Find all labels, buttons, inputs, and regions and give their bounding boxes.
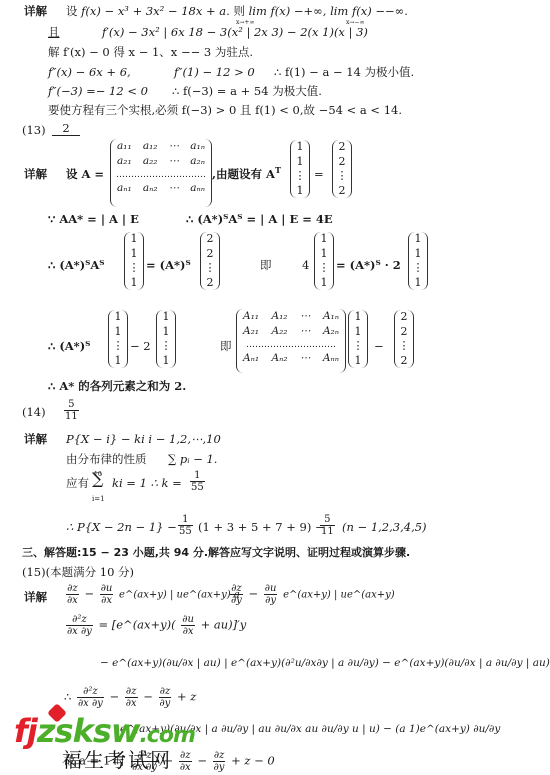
cell: A₁₂ [271, 309, 287, 324]
vector-ones: 11⋮1 [156, 310, 176, 368]
d: ∂x [179, 761, 192, 773]
v: 1 [315, 232, 333, 247]
q13-set-a: 设 A = [66, 167, 104, 181]
d: ∂x [181, 625, 195, 637]
v: ⋮ [349, 339, 367, 354]
eq: = [314, 167, 324, 181]
rest: e^(ax+y) | ue^(ax+y) [283, 590, 395, 601]
q14-answer: 511 [62, 399, 81, 422]
v: 1 [409, 232, 427, 247]
numerator: 5 [320, 514, 335, 525]
denominator: 11 [64, 410, 79, 422]
q12-line2: f′(x) − 3x² | 6x 18 − 3(x² | 2x 3) − 2(x… [102, 25, 368, 39]
q13-line3b: = (A*)ᵀ [146, 258, 191, 272]
q15-eq2: ∂z∂y − ∂u∂y e^(ax+y) | ue^(ax+y) [228, 583, 395, 606]
section-heading: 三、解答题:15 − 23 小题,共 94 分.解答应写文字说明、证明过程或演算… [22, 546, 410, 560]
q13-conclusion: ∴ A* 的各列元素之和为 2. [48, 379, 186, 393]
vector-twos: 22⋮2 [394, 310, 414, 368]
q12-line6: 要使方程有三个实根,必须 f(−3) > 0 且 f(1) < 0,故 −54 … [48, 103, 402, 117]
d: ∂x [66, 594, 79, 606]
therefore: ∴ [64, 690, 71, 704]
n: ∂z [66, 583, 79, 594]
q12-line5b: ∴ f(−3) = a + 54 为极大值. [172, 84, 322, 98]
q13-line3a: ∴ (A*)ᵀAᵀ [48, 258, 105, 272]
v: 1 [315, 276, 333, 291]
d: ∂x [100, 594, 114, 606]
text: 设 [66, 4, 78, 18]
n: ∂z [179, 750, 192, 761]
d: ∂x [125, 697, 138, 709]
watermark-cn: 福生考试网 [62, 744, 172, 773]
cell: Aₙ₂ [271, 351, 287, 366]
v: 1 [109, 310, 127, 325]
matrix-adjugate: A₁₁A₁₂⋯A₁ₙ A₂₁A₂₂⋯A₂ₙ ………………………… Aₙ₁Aₙ₂⋯… [236, 309, 346, 373]
cell: aₙ₂ [143, 181, 158, 196]
q13-line4c: 即 [220, 339, 232, 353]
detail-label: 详解 [24, 4, 47, 18]
tail: + au)]′y [201, 618, 247, 632]
q12-line4c: ∴ f(1) − a − 14 为极小值. [274, 65, 414, 79]
v: ⋮ [333, 169, 351, 184]
text: ,由题设有 A [212, 167, 275, 181]
d: ∂y [159, 697, 172, 709]
n: ∂z [213, 750, 226, 761]
d: ∂x ∂y [77, 697, 104, 709]
q12-line2-label: 且 [48, 25, 60, 39]
v: 1 [109, 354, 127, 369]
detail-label: 详解 [24, 167, 47, 181]
v: 1 [291, 184, 309, 199]
n: ∂u [100, 583, 114, 594]
q13-answer-blank: 2 [52, 121, 80, 136]
v: 2 [333, 140, 351, 155]
v: 2 [333, 155, 351, 170]
v: 2 [395, 325, 413, 340]
vector-ones: 11⋮1 [108, 310, 128, 368]
cell: ⋯ [300, 309, 311, 324]
v: 1 [291, 155, 309, 170]
cell: a₂₁ [117, 154, 132, 169]
v: ⋮ [409, 261, 427, 276]
cell: A₂ₙ [323, 324, 339, 339]
n: ∂²z [77, 686, 104, 697]
n: ∂u [181, 614, 195, 625]
cell: ⋯ [169, 181, 180, 196]
v: ⋮ [315, 261, 333, 276]
q14-line2b: ∑ pᵢ − 1. [168, 452, 217, 466]
q13-line4a: ∴ (A*)ᵀ [48, 339, 90, 353]
q12-line3: 解 f′(x) − 0 得 x − 1、x −− 3 为驻点. [48, 45, 253, 59]
q13-line4b: − 2 [130, 339, 151, 353]
rest: + z − 0 [231, 754, 275, 768]
detail-label: 详解 [24, 432, 47, 446]
q15-eq5: ∴ ∂²z∂x ∂y − ∂z∂x − ∂z∂y + z [64, 686, 196, 709]
cell: Aₙ₁ [243, 351, 259, 366]
rest: e^(ax+y) | ue^(ax+y) a [119, 590, 240, 601]
v: 2 [333, 184, 351, 199]
q14-line1: P{X − i} − ki i − 1,2,⋯,10 [66, 432, 221, 446]
vector-twos: 22⋮2 [200, 232, 220, 290]
rest: = [e^(ax+y)( [98, 618, 175, 632]
rest: + z [177, 690, 196, 704]
q14-number: (14) [22, 405, 46, 419]
q13-given: ,由题设有 AT [212, 167, 281, 181]
v: ⋮ [157, 339, 175, 354]
n: ∂²z [66, 614, 93, 625]
q13-line3e: = (A*)ᵀ · 2 [336, 258, 401, 272]
d: ∂y [230, 594, 243, 606]
sum-sign: ∑ [92, 472, 103, 486]
v: ⋮ [395, 339, 413, 354]
vector-ones: 11⋮1 [124, 232, 144, 290]
numerator: 5 [64, 399, 79, 410]
cell: ⋯ [169, 139, 180, 154]
formula: lim f(x) −+∞, [249, 4, 327, 18]
cell: a₁ₙ [190, 139, 205, 154]
v: 1 [409, 247, 427, 262]
matrix-a: a₁₁a₁₂⋯a₁ₙ a₂₁a₂₂⋯a₂ₙ ………………………… aₙ₁aₙ₂⋯… [110, 139, 212, 207]
detail-label: 详解 [24, 590, 47, 604]
q13-because: ∵ AA* = | A | E [48, 212, 139, 226]
q12-line5a: f″(−3) =− 12 < 0 [48, 84, 148, 98]
cell: ⋯ [300, 324, 311, 339]
v: 1 [125, 276, 143, 291]
v: ⋮ [291, 169, 309, 184]
v: 1 [157, 325, 175, 340]
wm-red: fj [14, 712, 37, 750]
cell: Aₙₙ [323, 351, 339, 366]
formula: lim f(x) −−∞. [330, 4, 408, 18]
cell: A₂₁ [243, 324, 259, 339]
q15-eq1: ∂z∂x − ∂u∂x e^(ax+y) | ue^(ax+y) a [64, 583, 240, 606]
q13-number: (13) [22, 123, 46, 137]
q13-therefore1: ∴ (A*)ᵀAᵀ = | A | E = 4E [186, 212, 333, 226]
v: 1 [109, 325, 127, 340]
formula: f(x) − x³ + 3x² − 18x + a. [81, 4, 230, 18]
cell: a₂ₙ [190, 154, 205, 169]
sup: T [275, 165, 281, 175]
v: 1 [125, 247, 143, 262]
vector-ones: 11⋮1 [290, 140, 310, 198]
v: ⋮ [109, 339, 127, 354]
cell: a₂₂ [143, 154, 158, 169]
v: 1 [315, 247, 333, 262]
v: 1 [349, 325, 367, 340]
q15-title: (15)(本题满分 10 分) [22, 565, 134, 579]
v: 2 [201, 247, 219, 262]
q12-line4b: f″(1) − 12 > 0 [174, 65, 255, 79]
v: 1 [349, 310, 367, 325]
q14-line3a: 应有 [66, 476, 89, 490]
q14-line4-frac1: 155 [176, 514, 195, 537]
q14-line4a: ∴ P{X − 2n − 1} − [66, 520, 177, 534]
n: ∂u [264, 583, 278, 594]
vector-twos: 22⋮2 [332, 140, 352, 198]
dots: ………………………… [111, 169, 211, 181]
q12-line4a: f″(x) − 6x + 6, [48, 65, 131, 79]
d: ∂y [264, 594, 278, 606]
v: 1 [157, 354, 175, 369]
q15-eq3: ∂²z∂x ∂y = [e^(ax+y)( ∂u∂x + au)]′y [64, 614, 246, 637]
numerator: 1 [190, 470, 205, 481]
n: ∂z [230, 583, 243, 594]
q13-line4d: − [374, 339, 384, 353]
cell: ⋯ [169, 154, 180, 169]
q14-line4b: (1 + 3 + 5 + 7 + 9) − [198, 520, 325, 534]
v: 1 [125, 232, 143, 247]
cell: aₙₙ [190, 181, 205, 196]
sum-bottom: i=1 [92, 492, 105, 506]
v: 2 [201, 232, 219, 247]
cell: a₁₁ [117, 139, 132, 154]
v: 1 [349, 354, 367, 369]
q14-line3b: ki = 1 ∴ k = [112, 476, 182, 490]
denominator: 11 [320, 525, 335, 537]
n: ∂z [159, 686, 172, 697]
d: ∂y [213, 761, 226, 773]
v: ⋮ [201, 261, 219, 276]
denominator: 55 [190, 481, 205, 493]
cell: A₂₂ [271, 324, 287, 339]
vector-ones: 11⋮1 [314, 232, 334, 290]
v: 2 [395, 354, 413, 369]
q14-line2a: 由分布律的性质 [66, 452, 147, 466]
q14-line4-frac2: 511 [318, 514, 337, 537]
cell: A₁₁ [243, 309, 259, 324]
vector-ones: 11⋮1 [408, 232, 428, 290]
cell: ⋯ [300, 351, 311, 366]
numerator: 1 [178, 514, 193, 525]
q14-line4c: (n − 1,2,3,4,5) [342, 520, 427, 534]
v: ⋮ [125, 261, 143, 276]
q13-line3d: 4 [302, 258, 309, 272]
q13-answer: 2 [52, 121, 80, 136]
dots: ………………………… [237, 339, 345, 351]
n: ∂z [125, 686, 138, 697]
v: 1 [291, 140, 309, 155]
q13-line3c: 即 [260, 258, 272, 272]
v: 1 [157, 310, 175, 325]
vector-ones: 11⋮1 [348, 310, 368, 368]
v: 1 [409, 276, 427, 291]
cell: aₙ₁ [117, 181, 132, 196]
cell: A₁ₙ [323, 309, 339, 324]
q14-k-frac: 155 [188, 470, 207, 493]
cell: a₁₂ [143, 139, 158, 154]
d: ∂x ∂y [66, 625, 93, 637]
q15-eq4: − e^(ax+y)(∂u/∂x | au) | e^(ax+y)(∂²u/∂x… [100, 656, 550, 670]
v: 2 [201, 276, 219, 291]
v: 2 [395, 310, 413, 325]
denominator: 55 [178, 525, 193, 537]
